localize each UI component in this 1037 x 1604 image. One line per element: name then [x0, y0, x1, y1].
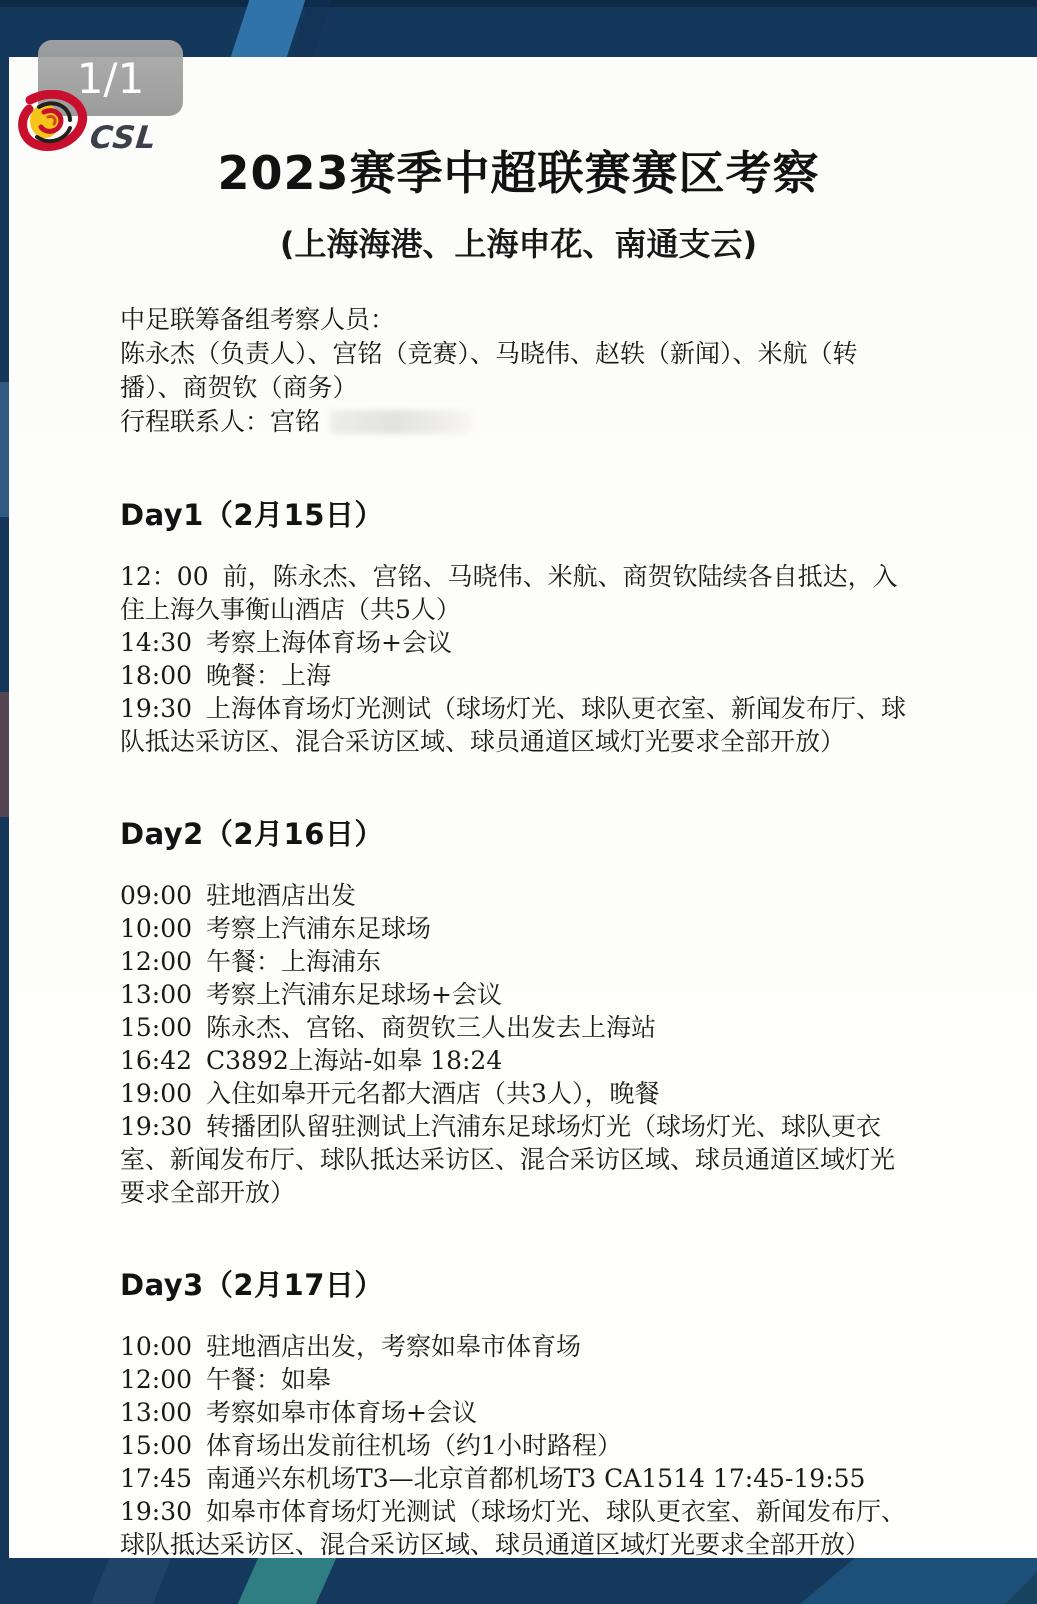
item-time: 18:00 [120, 661, 192, 690]
schedule-item: 15:00体育场出发前往机场（约1小时路程） [120, 1429, 917, 1462]
document-title: 2023赛季中超联赛赛区考察 [120, 137, 917, 203]
item-time: 10:00 [120, 914, 192, 943]
item-text: C3892上海站-如皋 18:24 [206, 1046, 502, 1075]
bottom-diagonal-stripe-navy [91, 1558, 172, 1604]
schedule-item: 09:00驻地酒店出发 [120, 879, 917, 912]
item-text: 考察上汽浦东足球场+会议 [206, 980, 502, 1009]
background-bottom-band [0, 1558, 1037, 1604]
item-text: 入住如皋开元名都大酒店（共3人），晚餐 [206, 1079, 659, 1108]
item-time: 17:45 [120, 1464, 192, 1493]
inspection-team-block: 中足联筹备组考察人员： 陈永杰（负责人）、宫铭（竞赛）、马晓伟、赵轶（新闻）、米… [120, 303, 917, 439]
team-members: 陈永杰（负责人）、宫铭（竞赛）、马晓伟、赵轶（新闻）、米航（转播）、商贺钦（商务… [120, 337, 917, 405]
item-text: 午餐：上海浦东 [206, 947, 381, 976]
contact-line: 行程联系人：宫铭 [120, 405, 917, 439]
item-text: 晚餐：上海 [206, 661, 331, 690]
day2-heading: Day2（2月16日） [120, 812, 917, 853]
item-text: 驻地酒店出发，考察如皋市体育场 [206, 1332, 581, 1361]
item-text: 驻地酒店出发 [206, 881, 356, 910]
csl-logo: CSL [18, 90, 157, 158]
team-label: 中足联筹备组考察人员： [120, 303, 917, 337]
schedule-item: 10:00驻地酒店出发，考察如皋市体育场 [120, 1330, 917, 1363]
schedule-item: 13:00考察如皋市体育场+会议 [120, 1396, 917, 1429]
item-time: 12:00 [120, 1365, 192, 1394]
left-strip-red-tint [0, 692, 9, 817]
item-time: 13:00 [120, 980, 192, 1009]
item-text: 南通兴东机场T3—北京首都机场T3 CA1514 17:45-19:55 [206, 1464, 865, 1493]
item-text: 陈永杰、宫铭、商贺钦三人出发去上海站 [206, 1013, 656, 1042]
schedule-item: 17:45南通兴东机场T3—北京首都机场T3 CA1514 17:45-19:5… [120, 1462, 917, 1495]
schedule-item: 13:00考察上汽浦东足球场+会议 [120, 978, 917, 1011]
document-page: 2023赛季中超联赛赛区考察 (上海海港、上海申花、南通支云) 中足联筹备组考察… [9, 57, 1037, 1558]
item-time: 19:30 [120, 1497, 192, 1526]
item-text: 体育场出发前往机场（约1小时路程） [206, 1431, 622, 1460]
item-text: 考察如皋市体育场+会议 [206, 1398, 477, 1427]
schedule-item: 14:30考察上海体育场+会议 [120, 626, 917, 659]
csl-logo-text: CSL [88, 120, 159, 156]
schedule-item: 18:00晚餐：上海 [120, 659, 917, 692]
schedule-item: 10:00考察上汽浦东足球场 [120, 912, 917, 945]
schedule-item: 19:30如皋市体育场灯光测试（球场灯光、球队更衣室、新闻发布厅、球队抵达采访区… [120, 1495, 917, 1561]
item-time: 19:30 [120, 1112, 192, 1141]
item-text: 考察上汽浦东足球场 [206, 914, 431, 943]
item-text: 午餐：如皋 [206, 1365, 331, 1394]
item-text: 转播团队留驻测试上汽浦东足球场灯光（球场灯光、球队更衣室、新闻发布厅、球队抵达采… [120, 1112, 895, 1207]
item-text: 前，陈永杰、宫铭、马晓伟、米航、商贺钦陆续各自抵达，入住上海久事衡山酒店（共5人… [120, 562, 898, 624]
background-left-strip [0, 57, 9, 1558]
bottom-diagonal-stripe-teal [238, 1558, 336, 1604]
csl-flame-icon [18, 90, 96, 158]
item-time: 16:42 [120, 1046, 192, 1075]
item-time: 10:00 [120, 1332, 192, 1361]
item-text: 上海体育场灯光测试（球场灯光、球队更衣室、新闻发布厅、球队抵达采访区、混合采访区… [120, 694, 906, 756]
document-subtitle: (上海海港、上海申花、南通支云) [120, 219, 917, 265]
day1-section: Day1（2月15日） 12：00前，陈永杰、宫铭、马晓伟、米航、商贺钦陆续各自… [120, 493, 917, 758]
photo-viewer: 2023赛季中超联赛赛区考察 (上海海港、上海申花、南通支云) 中足联筹备组考察… [0, 0, 1037, 1604]
contact-label: 行程联系人：宫铭 [120, 407, 320, 436]
schedule-item: 19:30转播团队留驻测试上汽浦东足球场灯光（球场灯光、球队更衣室、新闻发布厅、… [120, 1110, 917, 1209]
day3-heading: Day3（2月17日） [120, 1263, 917, 1304]
item-text: 如皋市体育场灯光测试（球场灯光、球队更衣室、新闻发布厅、球队抵达采访区、混合采访… [120, 1497, 906, 1559]
schedule-item: 15:00陈永杰、宫铭、商贺钦三人出发去上海站 [120, 1011, 917, 1044]
day3-section: Day3（2月17日） 10:00驻地酒店出发，考察如皋市体育场 12:00午餐… [120, 1263, 917, 1561]
item-time: 19:30 [120, 694, 192, 723]
item-time: 19:00 [120, 1079, 192, 1108]
item-time: 15:00 [120, 1431, 192, 1460]
schedule-item: 19:30上海体育场灯光测试（球场灯光、球队更衣室、新闻发布厅、球队抵达采访区、… [120, 692, 917, 758]
redacted-phone-number [330, 410, 472, 434]
schedule-item: 12:00午餐：上海浦东 [120, 945, 917, 978]
item-time: 13:00 [120, 1398, 192, 1427]
schedule-item: 12:00午餐：如皋 [120, 1363, 917, 1396]
bottom-diagonal-region-right [800, 1558, 1037, 1604]
day2-section: Day2（2月16日） 09:00驻地酒店出发 10:00考察上汽浦东足球场 1… [120, 812, 917, 1209]
item-time: 09:00 [120, 881, 192, 910]
item-time: 15:00 [120, 1013, 192, 1042]
schedule-item: 19:00入住如皋开元名都大酒店（共3人），晚餐 [120, 1077, 917, 1110]
item-time: 12:00 [120, 947, 192, 976]
left-strip-blue-tint [0, 382, 9, 517]
item-text: 考察上海体育场+会议 [206, 628, 452, 657]
top-edge-shadow [0, 0, 1037, 7]
schedule-item: 12：00前，陈永杰、宫铭、马晓伟、米航、商贺钦陆续各自抵达，入住上海久事衡山酒… [120, 560, 917, 626]
item-time: 12：00 [120, 562, 209, 591]
day1-heading: Day1（2月15日） [120, 493, 917, 534]
item-time: 14:30 [120, 628, 192, 657]
schedule-item: 16:42C3892上海站-如皋 18:24 [120, 1044, 917, 1077]
